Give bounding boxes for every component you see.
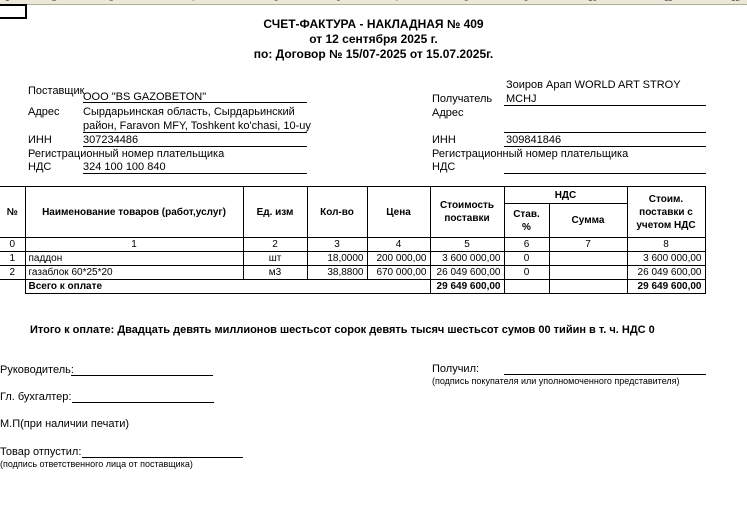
supplier-vat-underline [83,161,307,174]
accountant-signature-line [72,391,214,403]
column-ruler: 123456789101112 [0,0,747,5]
recipient-name-underline [504,93,706,106]
total-cost: 29 649 600,00 [430,280,504,294]
supplier-address-underline [83,120,307,133]
invoice-title: СЧЕТ-ФАКТУРА - НАКЛАДНАЯ № 409 [0,17,747,31]
released-note: (подпись ответственного лица от поставщи… [0,459,193,469]
director-signature-line [71,364,213,376]
supplier-inn-underline [83,134,307,147]
invoice-contract: по: Договор № 15/07-2025 от 15.07.2025г. [0,47,747,61]
supplier-address-label: Адрес [28,106,60,118]
recipient-label: Получатель [432,93,492,105]
table-row: 2 газаблок 60*25*20 м3 38,8800 670 000,0… [0,266,705,280]
supplier-name-underline [83,90,307,103]
total-row: Всего к оплате 29 649 600,00 29 649 600,… [0,280,705,294]
ruler-label: 10 [588,0,597,3]
header-qty: Кол-во [307,187,367,238]
released-signature-line [82,446,243,458]
received-note: (подпись покупателя или уполномоченного … [432,376,680,386]
ruler-label: 3 [109,0,113,3]
stamp-label: М.П(при наличии печати) [0,418,129,430]
supplier-inn-label: ИНН [28,134,52,146]
recipient-reg-label: Регистрационный номер плательщика [432,148,628,160]
accountant-label: Гл. бухгалтер: [0,391,71,403]
received-signature-line [504,363,706,375]
header-vat-group: НДС [504,187,627,204]
header-total: Стоим. поставки с учетом НДС [627,187,705,238]
ruler-label: 1 [5,0,9,3]
ruler-label: 5 [274,0,278,3]
header-num: № [0,187,25,238]
ruler-label: 8 [464,0,468,3]
header-unit: Ед. изм [243,187,307,238]
recipient-name-line1: Зоиров Арап WORLD ART STROY [506,79,681,91]
ruler-label: 6 [336,0,340,3]
recipient-address-underline [504,120,706,133]
total-with-vat: 29 649 600,00 [627,280,705,294]
supplier-label: Поставщик [28,85,84,97]
header-price: Цена [367,187,430,238]
header-vat-sum: Сумма [549,204,627,238]
items-table: № Наименование товаров (работ,услуг) Ед.… [0,186,706,294]
recipient-address-label: Адрес [432,107,464,119]
total-in-words: Итого к оплате: Двадцать девять миллионо… [30,324,655,336]
released-label: Товар отпустил: [0,446,81,458]
supplier-vat-label: НДС [28,161,51,173]
recipient-vat-label: НДС [432,161,455,173]
ruler-label: 4 [190,0,194,3]
recipient-vat-underline [504,161,706,174]
supplier-address-line1: Сырдарьинская область, Сырдарьинский [83,106,295,118]
total-label: Всего к оплате [25,280,430,294]
ruler-label: 9 [524,0,528,3]
received-label: Получил: [432,363,479,375]
header-cost: Стоимость поставки [430,187,504,238]
column-numbers-row: 0 1 2 3 4 5 6 7 8 [0,238,705,252]
ruler-label: 12 [731,0,740,3]
ruler-label: 7 [395,0,399,3]
supplier-reg-label: Регистрационный номер плательщика [28,148,224,160]
header-vat-rate: Став. % [504,204,549,238]
ruler-label: 2 [52,0,56,3]
ruler-label: 11 [664,0,672,3]
header-name: Наименование товаров (работ,услуг) [25,187,243,238]
recipient-inn-underline [504,134,706,147]
recipient-inn-label: ИНН [432,134,456,146]
director-label: Руководитель: [0,364,74,376]
table-row: 1 паддон шт 18,0000 200 000,00 3 600 000… [0,252,705,266]
invoice-date: от 12 сентября 2025 г. [0,32,747,46]
